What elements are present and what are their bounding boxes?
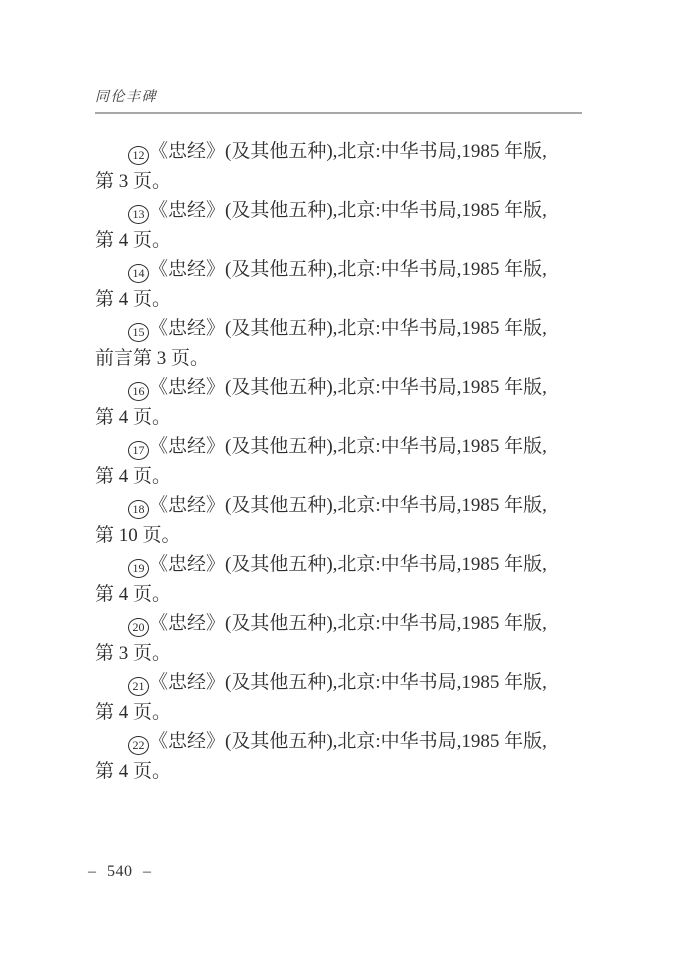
reference-page-line: 第 4 页。 (95, 698, 582, 728)
reference-page-line: 第 10 页。 (95, 521, 582, 551)
running-header-title: 同伦丰碑 (95, 89, 582, 107)
reference-page-line: 第 4 页。 (95, 757, 582, 787)
citation-text: 《忠经》(及其他五种),北京:中华书局,1985 年版, (149, 200, 547, 221)
reference-citation-line: 18《忠经》(及其他五种),北京:中华书局,1985 年版, (95, 491, 582, 521)
reference-entry: 15《忠经》(及其他五种),北京:中华书局,1985 年版, 前言第 3 页。 (95, 314, 582, 373)
reference-entry: 22《忠经》(及其他五种),北京:中华书局,1985 年版, 第 4 页。 (95, 727, 582, 786)
book-page: 同伦丰碑 12《忠经》(及其他五种),北京:中华书局,1985 年版, 第 3 … (0, 0, 692, 968)
reference-entry: 18《忠经》(及其他五种),北京:中华书局,1985 年版, 第 10 页。 (95, 491, 582, 550)
reference-citation-line: 14《忠经》(及其他五种),北京:中华书局,1985 年版, (95, 255, 582, 285)
circled-number: 22 (128, 736, 149, 755)
reference-entry: 20《忠经》(及其他五种),北京:中华书局,1985 年版, 第 3 页。 (95, 609, 582, 668)
reference-citation-line: 13《忠经》(及其他五种),北京:中华书局,1985 年版, (95, 196, 582, 226)
circled-number: 13 (128, 205, 149, 224)
circled-number: 20 (128, 618, 149, 637)
reference-entry: 21《忠经》(及其他五种),北京:中华书局,1985 年版, 第 4 页。 (95, 668, 582, 727)
circled-number: 12 (128, 146, 149, 165)
reference-citation-line: 19《忠经》(及其他五种),北京:中华书局,1985 年版, (95, 550, 582, 580)
circled-number: 15 (128, 323, 149, 342)
citation-text: 《忠经》(及其他五种),北京:中华书局,1985 年版, (149, 554, 547, 575)
reference-entry: 19《忠经》(及其他五种),北京:中华书局,1985 年版, 第 4 页。 (95, 550, 582, 609)
reference-citation-line: 16《忠经》(及其他五种),北京:中华书局,1985 年版, (95, 373, 582, 403)
circled-number: 18 (128, 500, 149, 519)
citation-text: 《忠经》(及其他五种),北京:中华书局,1985 年版, (149, 259, 547, 280)
reference-entry: 14《忠经》(及其他五种),北京:中华书局,1985 年版, 第 4 页。 (95, 255, 582, 314)
header-rule (95, 112, 582, 114)
citation-text: 《忠经》(及其他五种),北京:中华书局,1985 年版, (149, 141, 547, 162)
citation-text: 《忠经》(及其他五种),北京:中华书局,1985 年版, (149, 731, 547, 752)
reference-entry: 17《忠经》(及其他五种),北京:中华书局,1985 年版, 第 4 页。 (95, 432, 582, 491)
citation-text: 《忠经》(及其他五种),北京:中华书局,1985 年版, (149, 318, 547, 339)
reference-citation-line: 12《忠经》(及其他五种),北京:中华书局,1985 年版, (95, 137, 582, 167)
reference-page-line: 第 3 页。 (95, 639, 582, 669)
reference-page-line: 第 4 页。 (95, 226, 582, 256)
reference-citation-line: 15《忠经》(及其他五种),北京:中华书局,1985 年版, (95, 314, 582, 344)
reference-citation-line: 20《忠经》(及其他五种),北京:中华书局,1985 年版, (95, 609, 582, 639)
reference-citation-line: 17《忠经》(及其他五种),北京:中华书局,1985 年版, (95, 432, 582, 462)
reference-entry: 16《忠经》(及其他五种),北京:中华书局,1985 年版, 第 4 页。 (95, 373, 582, 432)
circled-number: 19 (128, 559, 149, 578)
reference-page-line: 前言第 3 页。 (95, 344, 582, 374)
citation-text: 《忠经》(及其他五种),北京:中华书局,1985 年版, (149, 436, 547, 457)
running-header: 同伦丰碑 (95, 89, 582, 114)
circled-number: 17 (128, 441, 149, 460)
reference-page-line: 第 4 页。 (95, 403, 582, 433)
page-number: – 540 – (88, 863, 152, 881)
circled-number: 21 (128, 677, 149, 696)
citation-text: 《忠经》(及其他五种),北京:中华书局,1985 年版, (149, 377, 547, 398)
citation-text: 《忠经》(及其他五种),北京:中华书局,1985 年版, (149, 613, 547, 634)
reference-citation-line: 21《忠经》(及其他五种),北京:中华书局,1985 年版, (95, 668, 582, 698)
circled-number: 16 (128, 382, 149, 401)
reference-page-line: 第 4 页。 (95, 462, 582, 492)
references-list: 12《忠经》(及其他五种),北京:中华书局,1985 年版, 第 3 页。 13… (95, 137, 582, 786)
citation-text: 《忠经》(及其他五种),北京:中华书局,1985 年版, (149, 495, 547, 516)
reference-entry: 12《忠经》(及其他五种),北京:中华书局,1985 年版, 第 3 页。 (95, 137, 582, 196)
reference-page-line: 第 4 页。 (95, 285, 582, 315)
reference-citation-line: 22《忠经》(及其他五种),北京:中华书局,1985 年版, (95, 727, 582, 757)
citation-text: 《忠经》(及其他五种),北京:中华书局,1985 年版, (149, 672, 547, 693)
reference-page-line: 第 4 页。 (95, 580, 582, 610)
circled-number: 14 (128, 264, 149, 283)
reference-page-line: 第 3 页。 (95, 167, 582, 197)
reference-entry: 13《忠经》(及其他五种),北京:中华书局,1985 年版, 第 4 页。 (95, 196, 582, 255)
